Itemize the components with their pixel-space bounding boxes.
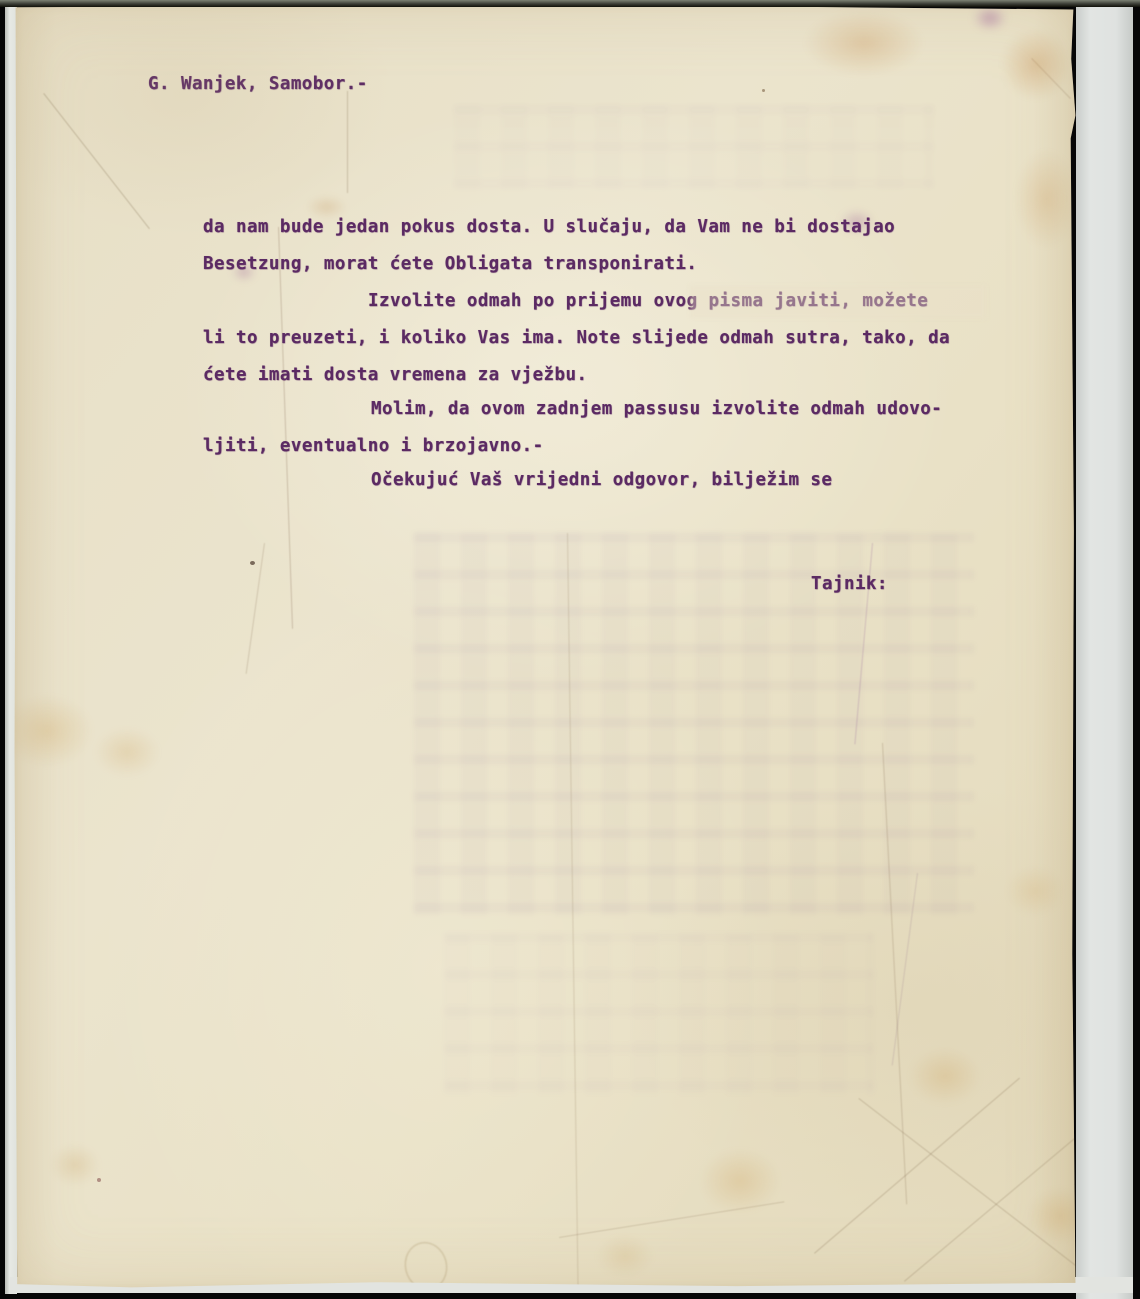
crease-line: [559, 1201, 784, 1238]
foxing-stain: [897, 1038, 993, 1114]
crease-line: [43, 93, 150, 229]
letter-line: ćete imati dosta vremena za vježbu.: [203, 365, 588, 385]
scanner-edge-top: [0, 0, 1140, 7]
foxing-stain: [989, 17, 1084, 112]
letter-line: Besetzung, morat ćete Obligata transponi…: [203, 254, 697, 274]
crease-line: [904, 1136, 1077, 1282]
crease-line: [814, 1078, 1020, 1254]
foxing-stain: [687, 1138, 793, 1224]
signature-line: Tajnik:: [811, 574, 888, 594]
foxing-stain: [997, 858, 1073, 924]
crease-line: [278, 227, 293, 629]
crease-line: [892, 873, 918, 1065]
ink-speck: [250, 561, 255, 565]
ink-bleed-through: [414, 533, 974, 915]
crease-line: [347, 91, 348, 193]
letter-paper: G. Wanjek, Samobor.- da nam bude jedan p…: [14, 5, 1076, 1288]
letter-line: Očekujuć Vaš vrijedni odgovor, bilježim …: [371, 470, 832, 490]
recipient-line: G. Wanjek, Samobor.-: [148, 74, 368, 94]
ink-speck: [762, 89, 765, 92]
letter-line: ljiti, eventualno i brzojavno.-: [203, 436, 544, 456]
ink-bleed-through: [454, 105, 934, 189]
scan-frame: G. Wanjek, Samobor.- da nam bude jedan p…: [0, 0, 1140, 1299]
crease-line: [882, 743, 907, 1204]
crease-line: [1031, 58, 1071, 99]
letter-line: li to preuzeti, i koliko Vas ima. Note s…: [203, 328, 950, 348]
letter-line: da nam bude jedan pokus dosta. U slučaju…: [203, 217, 895, 237]
foxing-stain: [42, 1137, 108, 1193]
foxing-stain: [0, 683, 108, 779]
letter-line: Molim, da ovom zadnjem passusu izvolite …: [371, 399, 942, 419]
ink-speck: [97, 1178, 101, 1182]
backing-paper-right-strip: [1076, 0, 1133, 1299]
foxing-stain: [784, 0, 944, 87]
foxing-stain: [84, 719, 170, 785]
crease-line: [567, 533, 579, 1289]
crease-line: [858, 1098, 1076, 1266]
crease-line: [246, 543, 265, 674]
foxing-stain: [587, 1228, 663, 1284]
paper-vignette: [14, 5, 1076, 1288]
letter-line: Izvolite odmah po prijemu ovog pisma jav…: [368, 291, 928, 311]
ink-bleed-through: [444, 933, 874, 1095]
